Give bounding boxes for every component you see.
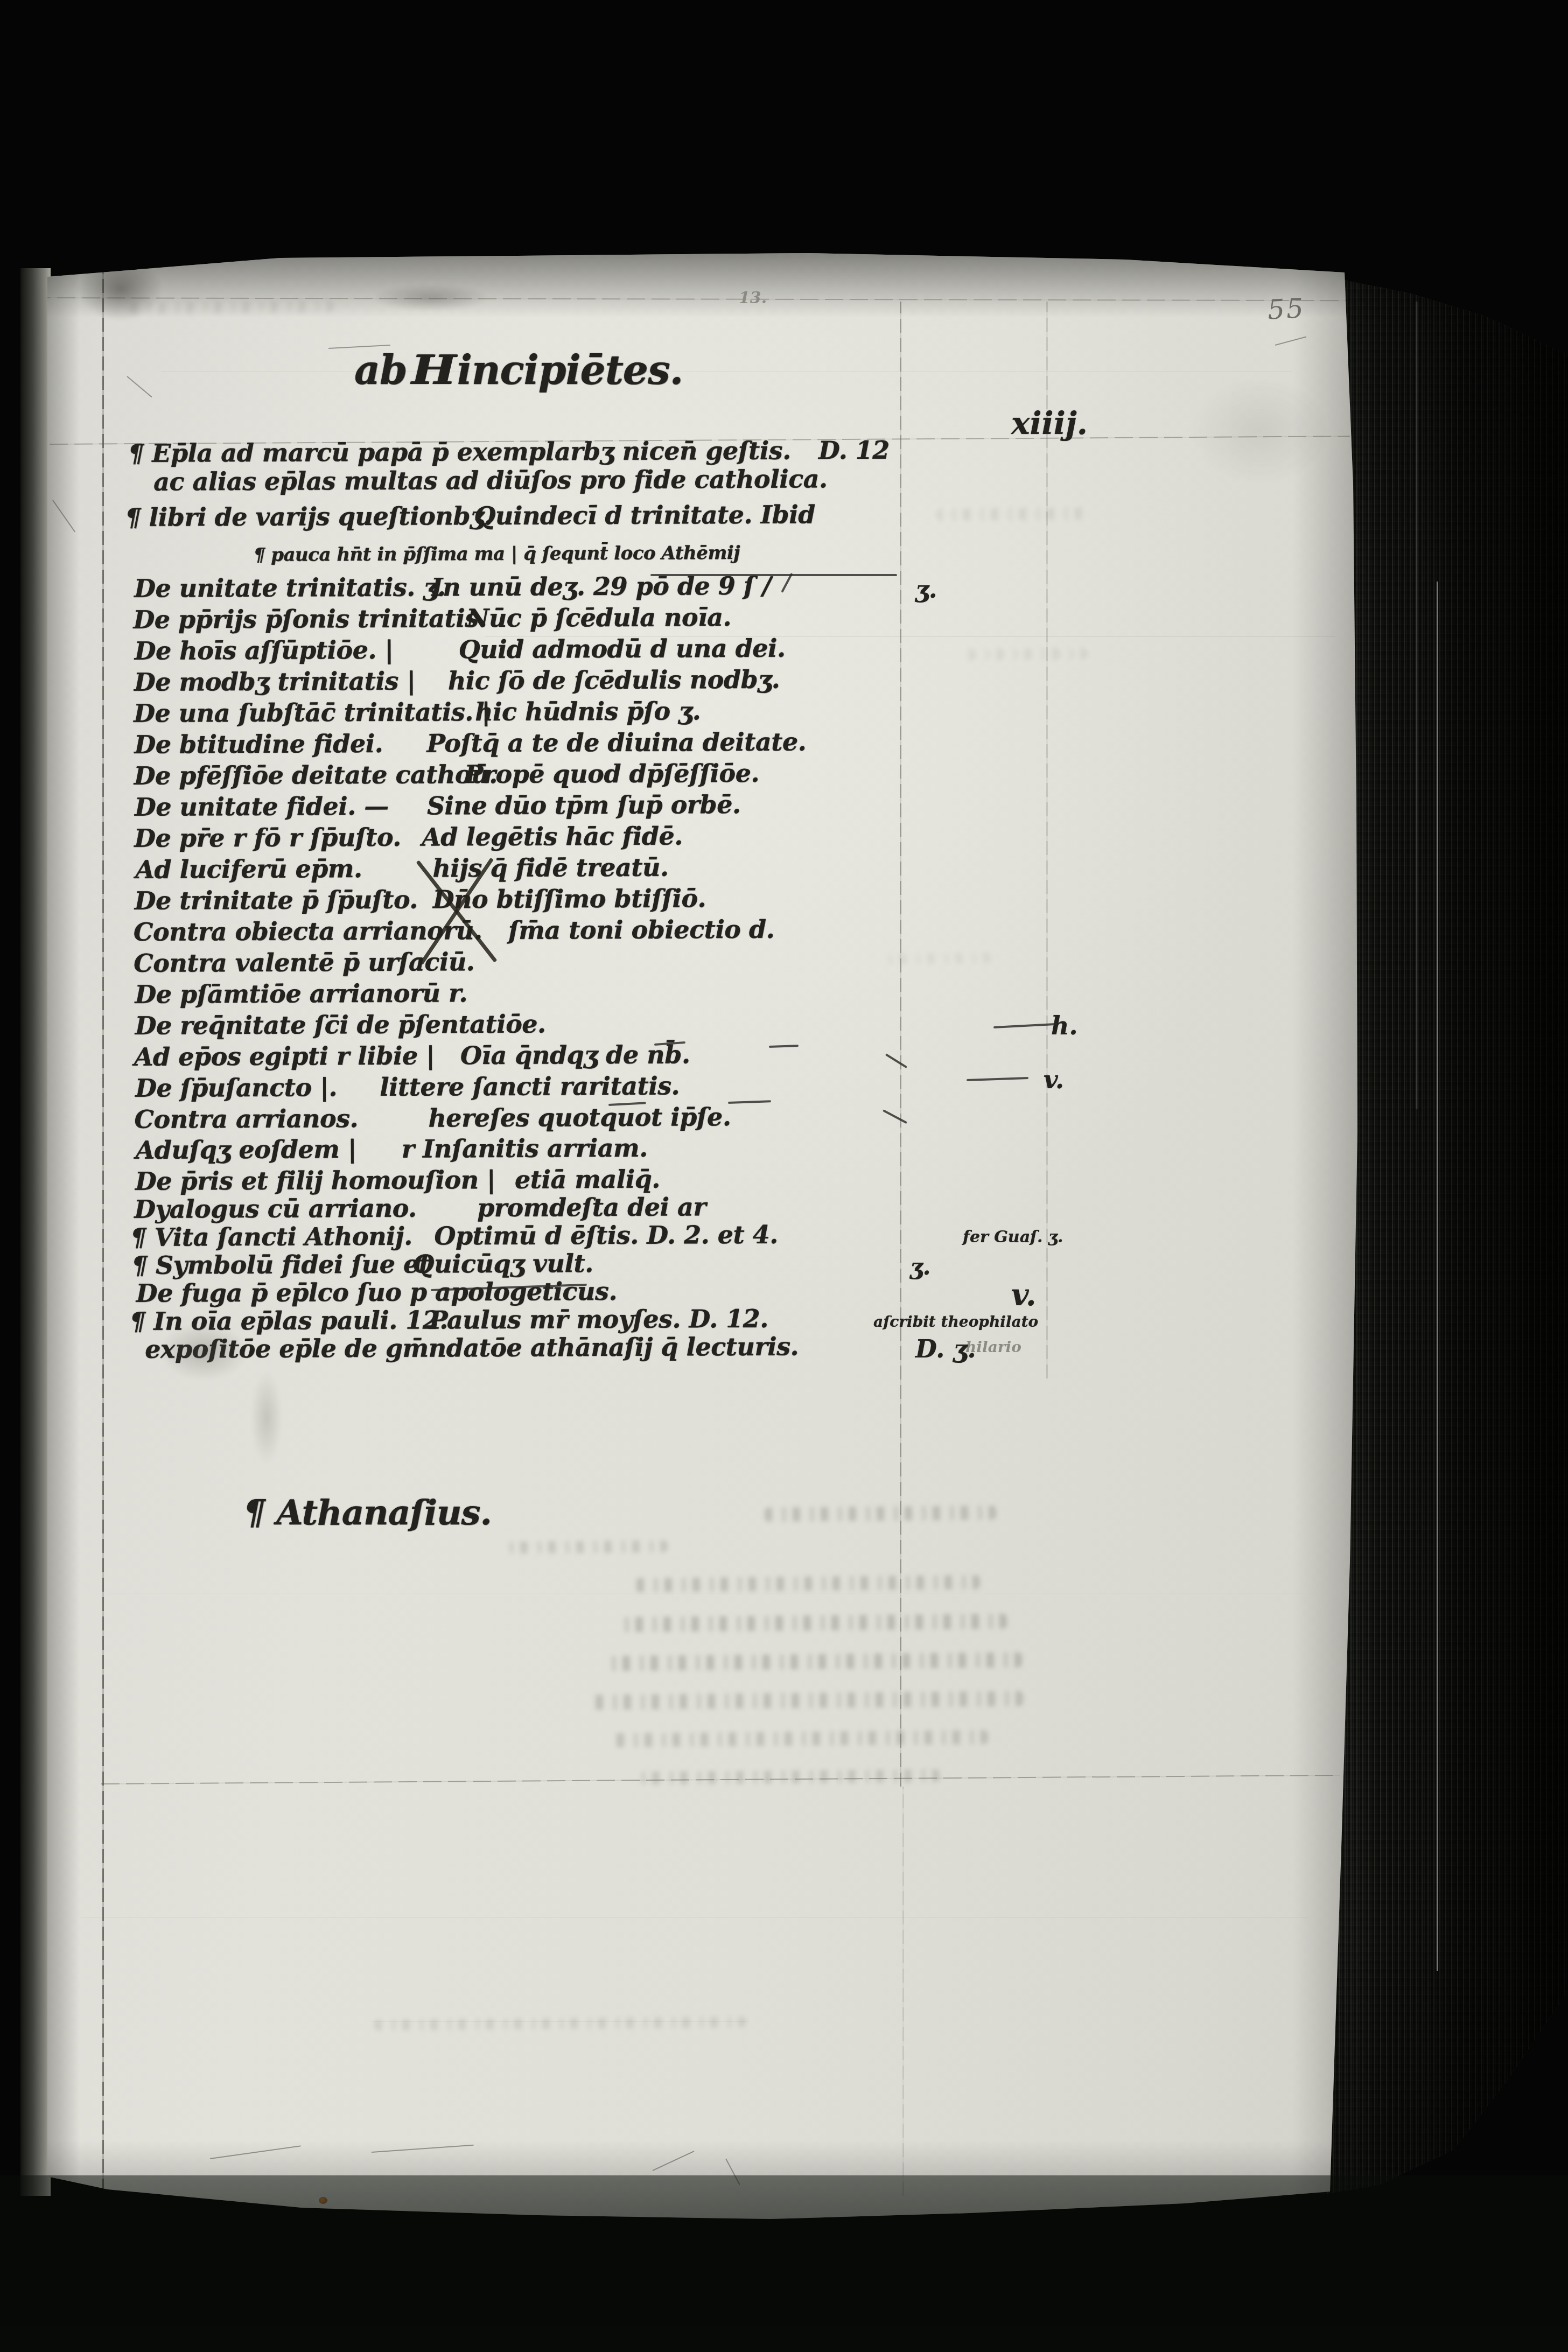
catalog-entry: De btitudine fidei.Poſtq̄ a te de diuina… xyxy=(134,729,383,759)
entry-incipit: Propē quod dp̄ſēſſiōe. xyxy=(464,759,759,789)
ghost-line xyxy=(765,1506,996,1522)
catalog-entry: De pp̄rijs p̄ſonis trinitatis.Nūc p̄ ſcē… xyxy=(133,604,487,634)
catalog-entry: De una ſubſtāc̄ trinitatis. |hic hūdnis … xyxy=(134,697,491,728)
entry-title: De hoīs aſſūptiōe. | xyxy=(134,635,393,666)
entry-incipit: Sine dūo tp̄m ſup̄ orbē. xyxy=(427,790,741,821)
entry-title: Contra arrianos. xyxy=(134,1104,358,1134)
entry-incipit: r Inſanitis arriam. xyxy=(401,1133,647,1164)
ghost-line xyxy=(129,300,334,314)
ghost-line xyxy=(964,648,1088,660)
entry-title: De trinitate p̄ ſp̄uſto. xyxy=(134,885,417,915)
smudge xyxy=(1190,377,1330,485)
entry-title: Dyalogus cū arriano. xyxy=(134,1194,417,1224)
manuscript-page: 55 abHincipiētes. xiiij. ¶ Ep̄la ad marc… xyxy=(0,0,1568,2352)
entry-title: ¶ pauca hn̄t in p̄ſſima ma | q̄ ſequnt̄ … xyxy=(254,542,740,566)
margin-annotation: v. xyxy=(1011,1277,1036,1313)
entry-title: De p̄ris et filij homouſion | xyxy=(135,1165,496,1196)
margin-annotation: D. ʒ. xyxy=(915,1334,976,1363)
catalog-entry: De req̄nitate ſc̄i de p̄ſentatiōe. xyxy=(135,1009,545,1040)
entry-title: De pfēſſiōe deitate cathoū. xyxy=(134,760,497,790)
catalog-entry: De unitate trinitatis. ʒ.In unū deʒ. 29 … xyxy=(134,572,446,603)
entry-title: Ad luciferū ep̄m. xyxy=(135,854,362,884)
entry-title: ¶ Symbolū fidei ſue et xyxy=(131,1249,430,1279)
catalog-entry: Ad ep̄os egipti r libie |Oīa q̄ndqʒ de n… xyxy=(134,1041,435,1071)
ghost-line xyxy=(638,1769,940,1785)
ghost-line xyxy=(501,1541,668,1554)
entry-title: De ſp̄uſancto |. xyxy=(135,1073,337,1103)
catalog-entry: De pſāmtiōe arrianorū r. xyxy=(135,978,467,1009)
fore-edge-highlight-line-2 xyxy=(1416,302,1417,1109)
catalog-entry: De pr̄e r fō r ſp̄uſto.Ad legētis hāc fi… xyxy=(134,823,401,853)
entry-incipit: Optimū d ēſtis. D. 2. et 4. xyxy=(434,1220,778,1251)
catalog-entries: ¶ Ep̄la ad marcū papā p̄ exemplarbʒ nice… xyxy=(0,0,1568,2352)
entry-title: Aduſqʒ eoſdem | xyxy=(135,1135,356,1165)
margin-annotation: v. xyxy=(1044,1065,1064,1094)
margin-annotation: fer Guaſ. ʒ. xyxy=(963,1228,1063,1247)
catalog-entry: Contra arrianos.hereſes quotquot ip̄ſe. xyxy=(134,1104,358,1134)
catalog-entry: De unitate fidei. —Sine dūo tp̄m ſup̄ or… xyxy=(135,792,389,822)
catalog-entry: ¶ pauca hn̄t in p̄ſſima ma | q̄ ſequnt̄ … xyxy=(254,542,740,566)
entry-incipit: hic hūdnis p̄ſo ʒ. xyxy=(475,696,701,726)
catalog-entry: De fuga p̄ ep̄lco ſuo p apologeticus. xyxy=(136,1277,617,1308)
entry-incipit: Nūc p̄ ſcēdula noīa. xyxy=(466,603,731,633)
entry-incipit: Poſtq̄ a te de diuina deitate. xyxy=(426,727,806,758)
catalog-entry: ¶ Vita ſancti Athonij.Optimū d ēſtis. D.… xyxy=(130,1222,412,1252)
fore-edge-highlight-line xyxy=(1437,582,1438,1971)
catalog-entry: De modbʒ trinitatis |hic ſō de ſcēdulis … xyxy=(134,667,416,697)
catalog-entry: ¶ Ep̄la ad marcū papā p̄ exemplarbʒ nice… xyxy=(128,436,791,467)
catalog-entry: De hoīs aſſūptiōe. |Quid admodū d una de… xyxy=(134,635,393,666)
margin-annotation: 13. xyxy=(739,289,767,307)
entry-incipit: hijs q̄ fidē treatū. xyxy=(432,852,668,883)
margin-annotation: ʒ. xyxy=(910,1254,930,1280)
entry-incipit: D. 12 xyxy=(818,436,890,465)
entry-title: ¶ Ep̄la ad marcū papā p̄ exemplarbʒ nice… xyxy=(128,436,791,467)
entry-title: De pr̄e r fō r ſp̄uſto. xyxy=(134,823,401,853)
catalog-entry: De p̄ris et filij homouſion |etiā maliq̄… xyxy=(135,1165,496,1196)
catalog-entry: Aduſqʒ eoſdem |r Inſanitis arriam. xyxy=(135,1135,356,1165)
entry-title: ¶ Vita ſancti Athonij. xyxy=(130,1222,412,1252)
entry-incipit: hereſes quotquot ip̄ſe. xyxy=(428,1102,731,1132)
underline-stroke xyxy=(650,574,897,576)
catalog-entry: ac alias ep̄las multas ad diūſos pro fid… xyxy=(153,464,827,496)
entry-title: De una ſubſtāc̄ trinitatis. | xyxy=(134,697,491,728)
entry-title: Ad ep̄os egipti r libie | xyxy=(134,1041,435,1071)
entry-incipit: Quicūqʒ vult. xyxy=(412,1249,593,1278)
entry-title: De fuga p̄ ep̄lco ſuo p apologeticus. xyxy=(136,1277,617,1308)
entry-title: De unitate trinitatis. ʒ. xyxy=(134,572,446,603)
section-heading: ¶ Athanaſius. xyxy=(243,1493,492,1533)
smudge xyxy=(251,1371,282,1465)
margin-annotation: aſcribit theophilato xyxy=(873,1313,1038,1331)
entry-incipit: littere ſancti raritatis. xyxy=(380,1071,680,1101)
entry-incipit: etiā maliq̄. xyxy=(515,1165,660,1194)
smudge xyxy=(372,284,490,311)
entry-incipit: Ad legētis hāc fidē. xyxy=(422,821,683,851)
entry-title: ac alias ep̄las multas ad diūſos pro fid… xyxy=(153,464,827,496)
entry-title: De unitate fidei. — xyxy=(135,792,389,822)
catalog-entry: ¶ Symbolū fidei ſue etQuicūqʒ vult. xyxy=(131,1249,430,1279)
entry-incipit: promdeſta dei ar xyxy=(477,1192,706,1222)
entry-incipit: Quid admodū d una dei. xyxy=(458,634,785,664)
entry-title: Contra obiecta arrianorū. xyxy=(134,916,482,947)
entry-incipit: hic ſō de ſcēdulis nodbʒ. xyxy=(448,665,780,696)
entry-title: De modbʒ trinitatis | xyxy=(134,667,416,697)
catalog-entry: Dyalogus cū arriano.promdeſta dei ar xyxy=(134,1194,417,1224)
margin-annotation: ʒ. xyxy=(915,576,937,604)
entry-title: De btitudine fidei. xyxy=(134,729,383,759)
catalog-entry: ¶ libri de varijs queſtionbʒ.Quindecī d … xyxy=(125,501,492,532)
smudge xyxy=(79,257,162,321)
ghost-line xyxy=(937,508,1082,521)
margin-annotation: h. xyxy=(1051,1011,1077,1040)
catalog-entry: Contra obiecta arrianorū.ſm̄a toni obiec… xyxy=(134,916,482,947)
entry-incipit: Quindecī d trinitate. Ibid xyxy=(474,500,815,530)
catalog-entry: De ſp̄uſancto |.littere ſancti raritatis… xyxy=(135,1073,337,1103)
catalog-entry: De trinitate p̄ ſp̄uſto.Dn̄o btiſſimo bt… xyxy=(134,885,417,915)
manuscript-photo: 55 abHincipiētes. xiiij. ¶ Ep̄la ad marc… xyxy=(0,0,1568,2352)
entry-title: De pſāmtiōe arrianorū r. xyxy=(135,978,467,1009)
entry-title: De pp̄rijs p̄ſonis trinitatis. xyxy=(133,604,487,634)
book-gutter-edge xyxy=(20,268,51,2196)
entry-title: ¶ libri de varijs queſtionbʒ. xyxy=(125,501,492,532)
photo-bottom-tint xyxy=(0,2175,1568,2352)
entry-title: De req̄nitate ſc̄i de p̄ſentatiōe. xyxy=(135,1009,545,1040)
smudge xyxy=(159,1322,248,1381)
ghost-line xyxy=(883,953,991,964)
catalog-entry: Ad luciferū ep̄m.hijs q̄ fidē treatū. xyxy=(135,854,362,884)
entry-incipit: Paulus mr̄ moyſes. D. 12. xyxy=(429,1304,768,1335)
entry-incipit: ſm̄a toni obiectio d. xyxy=(508,915,775,945)
catalog-entry: De pfēſſiōe deitate cathoū.Propē quod dp… xyxy=(134,760,497,790)
